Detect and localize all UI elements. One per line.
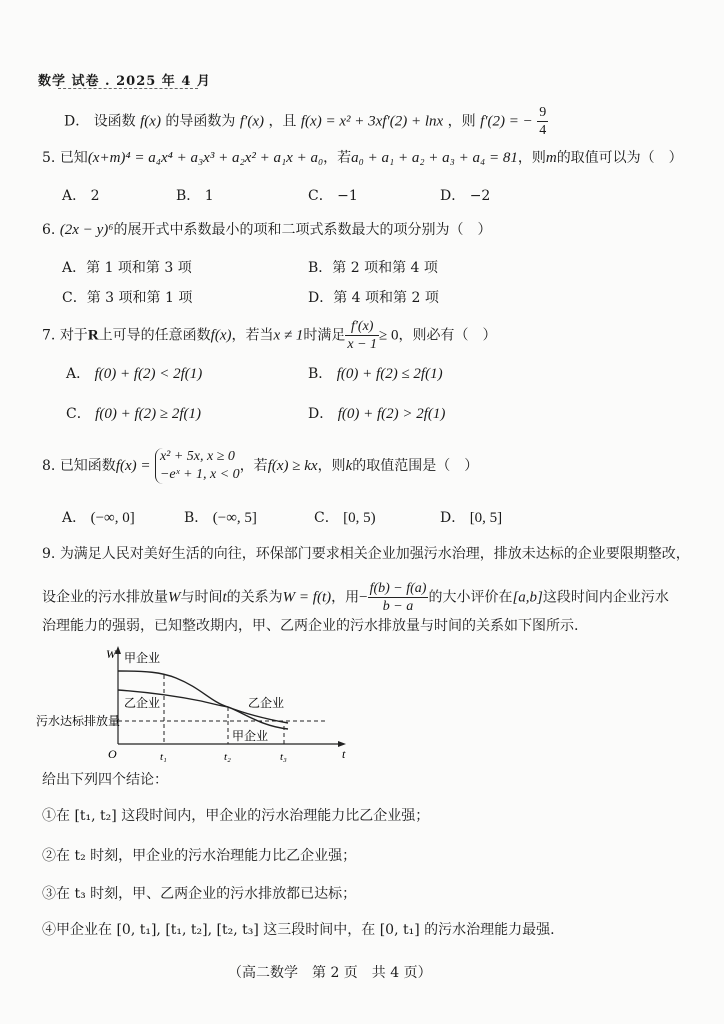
frac-den: x − 1 xyxy=(345,336,379,353)
option-label: C． xyxy=(314,510,339,526)
option-label: A． xyxy=(62,260,86,276)
jia-label-left: 甲企业 xyxy=(124,650,160,665)
q7-cond: x ≠ 1 xyxy=(273,328,303,344)
q8-cond: f(x) ≥ kx xyxy=(268,458,318,474)
q5-text: 已知 xyxy=(60,150,88,166)
option-label: D． xyxy=(440,510,465,526)
t3-label: t₃ xyxy=(280,751,287,763)
conclusion-1: ①在 [t₁, t₂] 这段时间内，甲企业的污水治理能力比乙企业强； xyxy=(42,806,429,826)
option-value: [0, 5) xyxy=(343,510,376,526)
option-label: D． xyxy=(308,406,333,422)
page-footer: （高二数学 第 2 页 共 4 页） xyxy=(228,962,432,982)
question-number: 5. xyxy=(42,150,55,166)
jia-label-right: 甲企业 xyxy=(232,728,268,743)
q7-text: ，则必有（ ） xyxy=(399,328,497,344)
q9-text: 设企业的污水排放量 xyxy=(42,590,168,606)
q7-text: 对于 xyxy=(60,328,88,344)
frac-den: b − a xyxy=(368,598,429,615)
option-label: C． xyxy=(308,188,333,204)
frac-num: f′(x) xyxy=(345,318,379,336)
q8-stem: 8. 已知函数f(x) = x² + 5x, x ≥ 0−eˣ + 1, x <… xyxy=(42,448,478,484)
q6-expression: (2x − y)⁶ xyxy=(60,222,114,238)
option-value: 第 3 项和第 1 项 xyxy=(87,290,193,306)
q8-option-c[interactable]: C． [0, 5) xyxy=(314,508,376,528)
option-value: 第 4 项和第 2 项 xyxy=(333,290,439,306)
q5-text: ，则 xyxy=(518,150,546,166)
q7-text: 时满足 xyxy=(303,328,345,344)
piece-2: −eˣ + 1, x < 0 xyxy=(160,466,240,484)
q7-ineq: ≥ 0 xyxy=(379,328,398,344)
option-value: f(0) + f(2) ≥ 2f(1) xyxy=(95,406,201,422)
option-value: (−∞, 0] xyxy=(91,510,135,526)
q7-text: ，若当 xyxy=(231,328,273,344)
q5-option-a[interactable]: A． 2 xyxy=(62,186,100,206)
option-value: f(0) + f(2) < 2f(1) xyxy=(95,366,203,382)
q4-text: 设函数 xyxy=(94,114,136,130)
q5-var: m xyxy=(546,150,557,166)
q7-text: 上可导的任意函数 xyxy=(99,328,211,344)
option-label: B． xyxy=(308,366,332,382)
q9-text: 的大小评价在 xyxy=(428,590,512,606)
option-value: [0, 5] xyxy=(470,510,503,526)
q8-piecewise: x² + 5x, x ≥ 0−eˣ + 1, x < 0 xyxy=(155,448,240,484)
q5-condition: a₀ + a₁ + a₂ + a₃ + a₄ = 81 xyxy=(351,150,518,166)
header-underline xyxy=(58,88,198,89)
q8-option-d[interactable]: D． [0, 5] xyxy=(440,508,502,528)
piece-1: x² + 5x, x ≥ 0 xyxy=(160,448,240,466)
option-label: D． xyxy=(440,188,465,204)
q8-text: ，若 xyxy=(240,458,268,474)
option-label: D． xyxy=(308,290,333,306)
question-number: 9. xyxy=(42,546,55,562)
yi-label-right: 乙企业 xyxy=(248,695,284,710)
q4-math: f′(x) xyxy=(240,114,264,130)
q5-option-d[interactable]: D． −2 xyxy=(440,186,490,206)
q4-text: ，且 xyxy=(268,114,296,130)
q9-line-1: 9. 为满足人民对美好生活的向往，环保部门要求相关企业加强污水治理，排放未达标的… xyxy=(42,544,690,564)
q7-option-d[interactable]: D． f(0) + f(2) > 2f(1) xyxy=(308,404,445,424)
q9-text: 这段时间内企业污水 xyxy=(543,590,669,606)
q6-option-c[interactable]: C．第 3 项和第 1 项 xyxy=(62,288,192,308)
q7-set: R xyxy=(88,328,99,344)
conclusion-3: ③在 t₃ 时刻，甲、乙两企业的污水排放都已达标； xyxy=(42,884,356,904)
question-number: 6. xyxy=(42,222,55,238)
option-value: −2 xyxy=(470,188,491,204)
q5-option-c[interactable]: C． −1 xyxy=(308,186,358,206)
q5-text: ，若 xyxy=(323,150,351,166)
option-label: C． xyxy=(66,406,91,422)
option-value: 1 xyxy=(205,188,214,204)
option-value: 2 xyxy=(91,188,100,204)
q8-option-b[interactable]: B． (−∞, 5] xyxy=(184,508,257,528)
q7-stem: 7. 对于R上可导的任意函数f(x)，若当x ≠ 1时满足f′(x)x − 1≥… xyxy=(42,318,497,353)
option-value: f(0) + f(2) > 2f(1) xyxy=(338,406,446,422)
q9-text: 的关系为 xyxy=(227,590,283,606)
q5-stem: 5. 已知(x+m)⁴ = a₄x⁴ + a₃x³ + a₂x² + a₁x +… xyxy=(42,148,683,168)
option-label: D． xyxy=(64,114,89,130)
q6-text: 的展开式中系数最小的项和二项式系数最大的项分别为（ ） xyxy=(113,222,491,238)
option-label: B． xyxy=(184,510,208,526)
q5-text: 的取值可以为（ ） xyxy=(557,150,683,166)
q6-option-d[interactable]: D．第 4 项和第 2 项 xyxy=(308,288,439,308)
option-label: A． xyxy=(62,188,86,204)
q4-text: ，则 xyxy=(448,114,476,130)
conclusion-4: ④甲企业在 [0, t₁], [t₁, t₂], [t₂, t₃] 这三段时间中… xyxy=(42,920,555,940)
q9-line-2: 设企业的污水排放量W与时间t的关系为W = f(t)，用−f(b) − f(a)… xyxy=(42,580,669,615)
q8-math: f(x) = xyxy=(116,458,151,474)
q7-math: f(x) xyxy=(211,328,232,344)
option-value: 第 2 项和第 4 项 xyxy=(332,260,438,276)
q8-text: 的取值范围是（ ） xyxy=(352,458,478,474)
q7-fraction: f′(x)x − 1 xyxy=(345,318,379,353)
q9-var: W xyxy=(168,590,181,606)
q7-option-c[interactable]: C． f(0) + f(2) ≥ 2f(1) xyxy=(66,404,201,424)
x-axis-label: t xyxy=(342,747,346,761)
q8-text: 已知函数 xyxy=(60,458,116,474)
option-label: B． xyxy=(308,260,332,276)
q4-text: 的导函数为 xyxy=(165,114,235,130)
q4-answer: f′(2) = − xyxy=(480,114,533,130)
t1-label: t₁ xyxy=(160,751,167,763)
q7-option-b[interactable]: B． f(0) + f(2) ≤ 2f(1) xyxy=(308,364,443,384)
q4-math: f(x) xyxy=(140,114,161,130)
q9-line-3: 治理能力的强弱，已知整改期内，甲、乙两企业的污水排放量与时间的关系如下图所示. xyxy=(42,616,578,636)
t2-label: t₂ xyxy=(224,751,231,763)
question-number: 8. xyxy=(42,458,55,474)
origin-label: O xyxy=(108,747,117,761)
q5-option-b[interactable]: B． 1 xyxy=(176,186,214,206)
option-value: −1 xyxy=(337,188,358,204)
y-axis-label: W xyxy=(106,647,117,661)
q6-stem: 6. (2x − y)⁶的展开式中系数最小的项和二项式系数最大的项分别为（ ） xyxy=(42,220,491,240)
conclusion-2: ②在 t₂ 时刻，甲企业的污水治理能力比乙企业强； xyxy=(42,846,356,866)
option-label: B． xyxy=(176,188,200,204)
q9-text: 为满足人民对美好生活的向往，环保部门要求相关企业加强污水治理，排放未达标的企业要… xyxy=(60,546,690,562)
q9-text: 与时间 xyxy=(181,590,223,606)
emission-chart: W t O t₁ t₂ t₃ 污水达标排放量 甲企业 乙企业 乙企业 甲企业 xyxy=(36,644,366,769)
option-label: A． xyxy=(62,510,86,526)
q8-option-a[interactable]: A． (−∞, 0] xyxy=(62,508,135,528)
exam-header: 数学 试卷 . 2025 年 4 月 xyxy=(38,70,211,89)
frac-num: 9 xyxy=(537,104,548,122)
standard-label: 污水达标排放量 xyxy=(36,713,120,728)
q7-option-a[interactable]: A． f(0) + f(2) < 2f(1) xyxy=(66,364,202,384)
q9-fraction: f(b) − f(a)b − a xyxy=(368,580,429,615)
q6-option-b[interactable]: B．第 2 项和第 4 项 xyxy=(308,258,438,278)
option-label: C． xyxy=(62,290,87,306)
option-value: f(0) + f(2) ≤ 2f(1) xyxy=(337,366,443,382)
option-value: (−∞, 5] xyxy=(213,510,257,526)
option-label: A． xyxy=(66,366,90,382)
frac-num: f(b) − f(a) xyxy=(368,580,429,598)
q9-relation: W = f(t) xyxy=(283,590,331,606)
frac-den: 4 xyxy=(537,122,548,139)
q9-text: ，用 xyxy=(331,590,359,606)
q4-fraction: 94 xyxy=(537,104,548,139)
q4-equation: f(x) = x² + 3xf′(2) + lnx xyxy=(301,114,443,130)
conclusions-intro: 给出下列四个结论： xyxy=(42,770,168,790)
q5-expression: (x+m)⁴ = a₄x⁴ + a₃x³ + a₂x² + a₁x + a₀ xyxy=(88,150,323,166)
q4-option-d: D． 设函数 f(x) 的导函数为 f′(x) ，且 f(x) = x² + 3… xyxy=(64,104,548,139)
q6-option-a[interactable]: A．第 1 项和第 3 项 xyxy=(62,258,192,278)
q8-text: ，则 xyxy=(318,458,346,474)
q9-interval: [a,b] xyxy=(512,590,542,606)
question-number: 7. xyxy=(42,328,55,344)
yi-label-left: 乙企业 xyxy=(124,695,160,710)
option-value: 第 1 项和第 3 项 xyxy=(86,260,192,276)
